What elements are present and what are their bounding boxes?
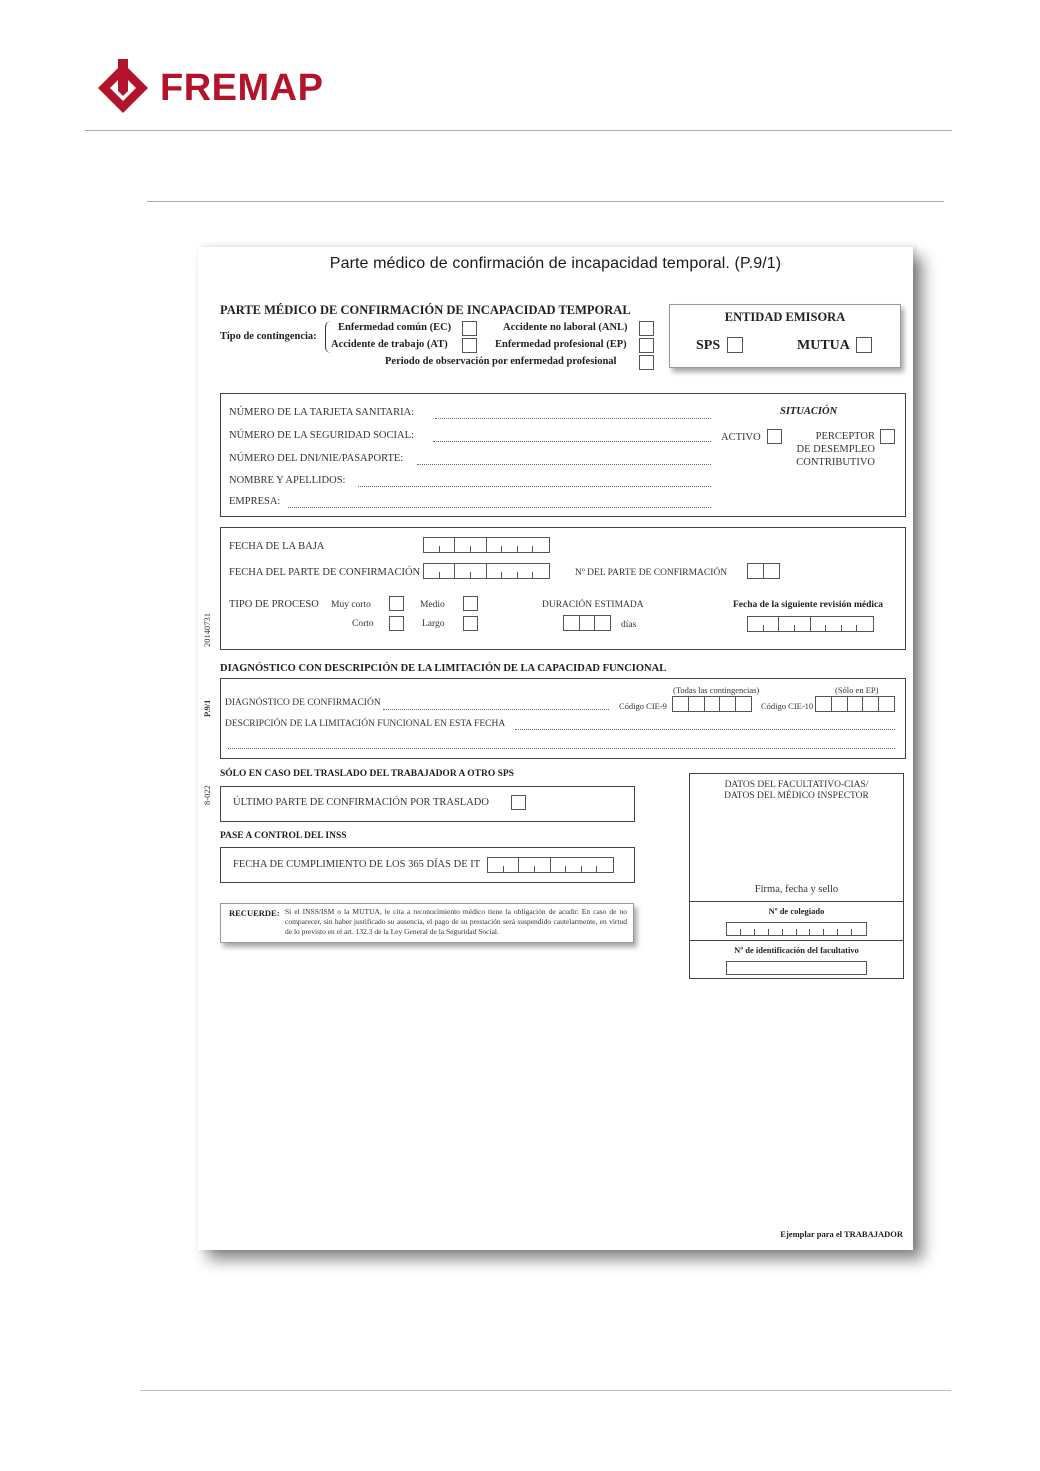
checkbox-at[interactable] bbox=[462, 338, 477, 353]
ejemplar-label: Ejemplar para el TRABAJADOR bbox=[780, 1229, 903, 1239]
perceptor-label: PERCEPTOR DE DESEMPLEO CONTRIBUTIVO bbox=[791, 430, 875, 469]
activo-label: ACTIVO bbox=[721, 432, 761, 443]
cie9-input[interactable] bbox=[672, 696, 752, 712]
dni-label: NÚMERO DEL DNI/NIE/PASAPORTE: bbox=[229, 453, 403, 464]
seguridad-social-label: NÚMERO DE LA SEGURIDAD SOCIAL: bbox=[229, 430, 414, 441]
traslado-label: ÚLTIMO PARTE DE CONFIRMACIÓN POR TRASLAD… bbox=[233, 797, 489, 808]
duracion-input[interactable] bbox=[563, 615, 611, 631]
checkbox-perceptor[interactable] bbox=[880, 429, 895, 444]
checkbox-ec[interactable] bbox=[462, 321, 477, 336]
fecha-parte-label: FECHA DEL PARTE DE CONFIRMACIÓN bbox=[229, 567, 420, 578]
siguiente-revision-input[interactable] bbox=[747, 616, 874, 632]
tipo-proceso-label: TIPO DE PROCESO bbox=[229, 599, 319, 610]
diag-field[interactable] bbox=[383, 709, 609, 710]
datos-personales-box: NÚMERO DE LA TARJETA SANITARIA: NÚMERO D… bbox=[220, 393, 906, 517]
dias-label: días bbox=[621, 620, 636, 630]
facultativo-title-2: DATOS DEL MÉDICO INSPECTOR bbox=[690, 791, 903, 802]
checkbox-corto[interactable] bbox=[389, 616, 404, 631]
tarjeta-label: NÚMERO DE LA TARJETA SANITARIA: bbox=[229, 407, 414, 418]
option-observacion-label: Periodo de observación por enfermedad pr… bbox=[385, 356, 616, 367]
recuerde-notice: RECUERDE: Si el INSS/ISM o la MUTUA, le … bbox=[220, 903, 634, 943]
mutua-label: MUTUA bbox=[797, 338, 850, 354]
entidad-title: ENTIDAD EMISORA bbox=[670, 310, 900, 325]
sps-label: SPS bbox=[696, 338, 720, 354]
recuerde-label: RECUERDE: bbox=[229, 908, 280, 918]
situacion-title: SITUACIÓN bbox=[780, 406, 837, 417]
document-title: Parte médico de confirmación de incapaci… bbox=[198, 255, 913, 273]
checkbox-traslado[interactable] bbox=[511, 795, 526, 810]
checkbox-observacion[interactable] bbox=[639, 355, 654, 370]
option-ec-label: Enfermedad común (EC) bbox=[338, 322, 451, 333]
side-code-form: P.9/1 bbox=[202, 700, 212, 717]
nombre-label: NOMBRE Y APELLIDOS: bbox=[229, 475, 345, 486]
footer-rule bbox=[140, 1390, 951, 1391]
num-parte-input[interactable] bbox=[747, 563, 780, 579]
cie9-label: Código CIE-9 bbox=[619, 701, 667, 711]
option-at-label: Accidente de trabajo (AT) bbox=[331, 339, 448, 350]
checkbox-largo[interactable] bbox=[463, 616, 478, 631]
divider-2 bbox=[690, 940, 903, 941]
brand-name: FREMAP bbox=[160, 69, 323, 107]
largo-label: Largo bbox=[422, 619, 445, 629]
checkbox-medio[interactable] bbox=[463, 596, 478, 611]
traslado-box: ÚLTIMO PARTE DE CONFIRMACIÓN POR TRASLAD… bbox=[220, 786, 635, 822]
fremap-logo-icon bbox=[92, 57, 154, 119]
desc-field-1[interactable] bbox=[515, 729, 895, 730]
perceptor-line-3: CONTRIBUTIVO bbox=[791, 456, 875, 469]
perceptor-line-2: DE DESEMPLEO bbox=[791, 443, 875, 456]
corto-label: Corto bbox=[352, 619, 374, 629]
duracion-label: DURACIÓN ESTIMADA bbox=[542, 600, 644, 610]
inss-box: FECHA DE CUMPLIMIENTO DE LOS 365 DÍAS DE… bbox=[220, 847, 635, 883]
checkbox-ep[interactable] bbox=[639, 338, 654, 353]
option-ep-label: Enfermedad profesional (EP) bbox=[495, 339, 627, 350]
nombre-field[interactable] bbox=[358, 486, 711, 487]
side-code-date: 20140731 bbox=[202, 613, 212, 647]
identificacion-input[interactable] bbox=[726, 961, 867, 975]
siguiente-revision-label: Fecha de la siguiente revisión médica bbox=[733, 600, 883, 610]
recuerde-text: Si el INSS/ISM o la MUTUA, le cita a rec… bbox=[285, 907, 627, 937]
dni-field[interactable] bbox=[417, 464, 711, 465]
empresa-label: EMPRESA: bbox=[229, 496, 280, 507]
firma-label: Firma, fecha y sello bbox=[690, 884, 903, 895]
colegiado-input[interactable] bbox=[726, 922, 867, 936]
section-rule bbox=[147, 201, 944, 202]
perceptor-line-1: PERCEPTOR bbox=[791, 430, 875, 443]
checkbox-mutua[interactable] bbox=[856, 337, 872, 353]
diagnostico-heading: DIAGNÓSTICO CON DESCRIPCIÓN DE LA LIMITA… bbox=[220, 663, 666, 674]
colegiado-label: Nº de colegiado bbox=[690, 906, 903, 916]
cie10-label: Código CIE-10 bbox=[761, 701, 813, 711]
fecha-parte-input[interactable] bbox=[423, 563, 550, 579]
option-anl-label: Accidente no laboral (ANL) bbox=[503, 322, 628, 333]
form-page: Parte médico de confirmación de incapaci… bbox=[198, 247, 913, 1250]
side-code-number: 8-022 bbox=[202, 785, 212, 805]
checkbox-activo[interactable] bbox=[767, 429, 782, 444]
cie10-input[interactable] bbox=[815, 696, 895, 712]
seguridad-social-field[interactable] bbox=[433, 441, 711, 442]
facultativo-title-1: DATOS DEL FACULTATIVO-CIAS/ bbox=[690, 780, 903, 791]
contingencia-label: Tipo de contingencia: bbox=[220, 331, 317, 342]
fecha-baja-input[interactable] bbox=[423, 537, 550, 553]
identificacion-label: Nº de identificación del facultativo bbox=[690, 945, 903, 955]
traslado-heading: SÓLO EN CASO DEL TRASLADO DEL TRABAJADOR… bbox=[220, 769, 514, 779]
medio-label: Medio bbox=[420, 600, 445, 610]
checkbox-sps[interactable] bbox=[727, 337, 743, 353]
inss-label: FECHA DE CUMPLIMIENTO DE LOS 365 DÍAS DE… bbox=[233, 859, 480, 870]
muy-corto-label: Muy corto bbox=[331, 600, 371, 610]
num-parte-label: Nº DEL PARTE DE CONFIRMACIÓN bbox=[575, 568, 727, 578]
desc-label: DESCRIPCIÓN DE LA LIMITACIÓN FUNCIONAL E… bbox=[225, 719, 505, 729]
checkbox-muy-corto[interactable] bbox=[389, 596, 404, 611]
checkbox-anl[interactable] bbox=[639, 321, 654, 336]
tarjeta-field[interactable] bbox=[435, 418, 711, 419]
fechas-box: FECHA DE LA BAJA FECHA DEL PARTE DE CONF… bbox=[220, 527, 906, 650]
inss-date-input[interactable] bbox=[487, 857, 614, 873]
header-rule bbox=[85, 130, 952, 131]
divider-1 bbox=[690, 901, 903, 902]
fecha-baja-label: FECHA DE LA BAJA bbox=[229, 541, 324, 552]
facultativo-box: DATOS DEL FACULTATIVO-CIAS/ DATOS DEL MÉ… bbox=[689, 773, 904, 979]
empresa-field[interactable] bbox=[288, 507, 711, 508]
diag-label: DIAGNÓSTICO DE CONFIRMACIÓN bbox=[225, 698, 381, 708]
desc-field-2[interactable] bbox=[228, 748, 895, 749]
facultativo-title: DATOS DEL FACULTATIVO-CIAS/ DATOS DEL MÉ… bbox=[690, 780, 903, 802]
fremap-logo: FREMAP bbox=[92, 58, 342, 118]
cie9-note: (Todas las contingencias) bbox=[673, 685, 759, 695]
inss-heading: PASE A CONTROL DEL INSS bbox=[220, 831, 347, 841]
cie10-note: (Sólo en EP) bbox=[835, 685, 878, 695]
main-heading: PARTE MÉDICO DE CONFIRMACIÓN DE INCAPACI… bbox=[220, 303, 631, 318]
diagnostico-box: DIAGNÓSTICO DE CONFIRMACIÓN (Todas las c… bbox=[220, 678, 906, 759]
entidad-emisora-box: ENTIDAD EMISORA SPS MUTUA bbox=[669, 304, 901, 368]
